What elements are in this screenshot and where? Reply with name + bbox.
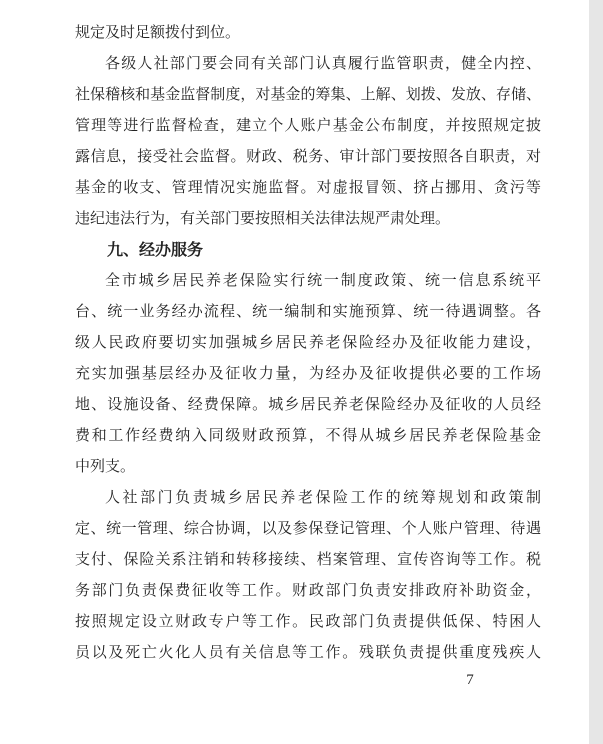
text-line: 社保稽核和基金监督制度，对基金的筹集、上解、划拨、发放、存储、 bbox=[75, 80, 541, 111]
page-edge-strip bbox=[589, 0, 603, 744]
text-line: 地、设施设备、经费保障。城乡居民养老保险经办及征收的人员经 bbox=[75, 390, 541, 421]
text-line: 充实加强基层经办及征收力量，为经办及征收提供必要的工作场 bbox=[75, 359, 541, 390]
text-line: 务部门负责保费征收等工作。财政部门负责安排政府补助资金， bbox=[75, 576, 541, 607]
text-line: 台、统一业务经办流程、统一编制和实施预算、统一待遇调整。各 bbox=[75, 297, 541, 328]
section-heading: 九、经办服务 bbox=[75, 235, 541, 266]
text-line: 级人民政府要切实加强城乡居民养老保险经办及征收能力建设， bbox=[75, 328, 541, 359]
text-line: 支付、保险关系注销和转移接续、档案管理、宣传咨询等工作。税 bbox=[75, 545, 541, 576]
page-number: 7 bbox=[455, 669, 485, 691]
text-line: 员以及死亡火化人员有关信息等工作。残联负责提供重度残疾人 bbox=[75, 638, 541, 669]
text-line: 管理等进行监督检查，建立个人账户基金公布制度，并按照规定披 bbox=[75, 111, 541, 142]
text-line: 规定及时足额拨付到位。 bbox=[75, 18, 541, 49]
document-page: 规定及时足额拨付到位。各级人社部门要会同有关部门认真履行监管职责，健全内控、社保… bbox=[0, 0, 603, 744]
document-body: 规定及时足额拨付到位。各级人社部门要会同有关部门认真履行监管职责，健全内控、社保… bbox=[75, 18, 541, 669]
text-line: 人社部门负责城乡居民养老保险工作的统筹规划和政策制 bbox=[75, 483, 541, 514]
text-line: 各级人社部门要会同有关部门认真履行监管职责，健全内控、 bbox=[75, 49, 541, 80]
text-line: 全市城乡居民养老保险实行统一制度政策、统一信息系统平 bbox=[75, 266, 541, 297]
text-line: 定、统一管理、综合协调，以及参保登记管理、个人账户管理、待遇 bbox=[75, 514, 541, 545]
text-line: 露信息，接受社会监督。财政、税务、审计部门要按照各自职责，对 bbox=[75, 142, 541, 173]
text-line: 基金的收支、管理情况实施监督。对虚报冒领、挤占挪用、贪污等 bbox=[75, 173, 541, 204]
text-line: 按照规定设立财政专户等工作。民政部门负责提供低保、特困人 bbox=[75, 607, 541, 638]
text-line: 违纪违法行为，有关部门要按照相关法律法规严肃处理。 bbox=[75, 204, 541, 235]
text-line: 费和工作经费纳入同级财政预算，不得从城乡居民养老保险基金 bbox=[75, 421, 541, 452]
text-line: 中列支。 bbox=[75, 452, 541, 483]
